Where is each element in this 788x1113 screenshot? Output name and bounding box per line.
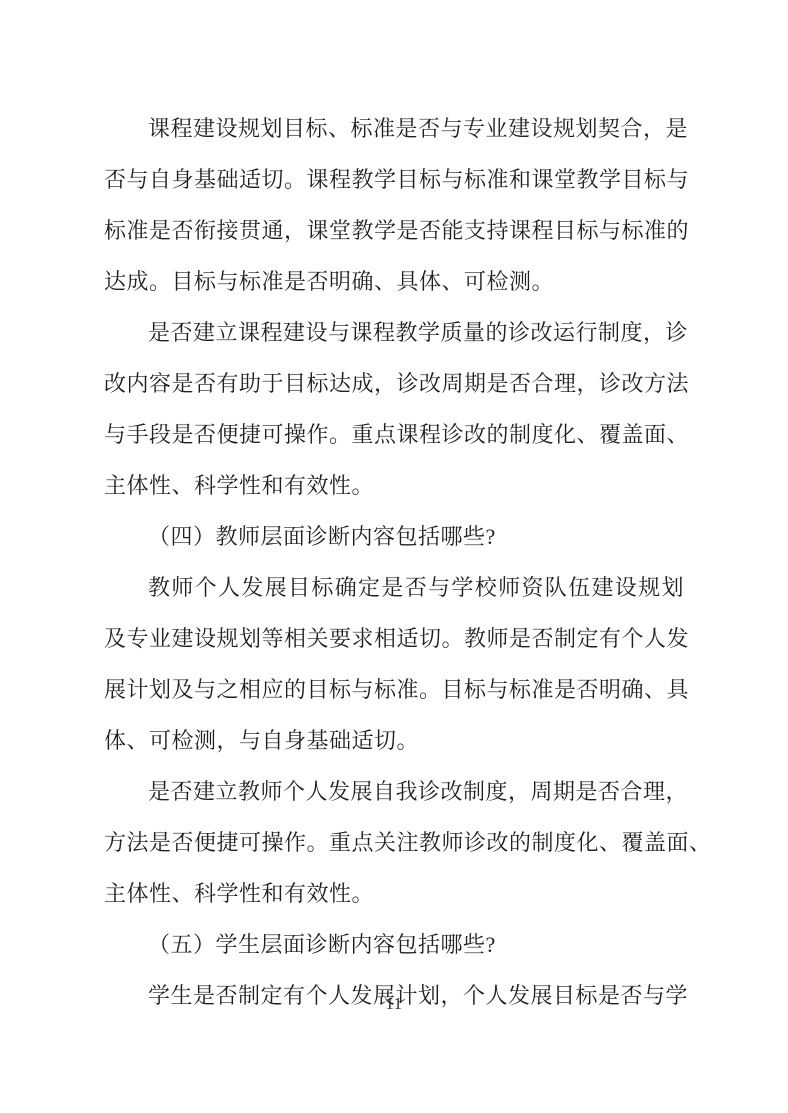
section-heading: （五）学生层面诊断内容包括哪些? bbox=[104, 919, 684, 970]
text-line: 是否建立教师个人发展自我诊改制度，周期是否合理， bbox=[104, 766, 684, 817]
page-number: 11 bbox=[0, 994, 788, 1014]
text-line: 课程建设规划目标、标准是否与专业建设规划契合，是 bbox=[104, 103, 684, 154]
text-line: 方法是否便捷可操作。重点关注教师诊改的制度化、覆盖面、 bbox=[104, 817, 684, 868]
section-heading: （四）教师层面诊断内容包括哪些? bbox=[104, 511, 684, 562]
text-line: 与手段是否便捷可操作。重点课程诊改的制度化、覆盖面、 bbox=[104, 409, 684, 460]
paragraph: 是否建立教师个人发展自我诊改制度，周期是否合理，方法是否便捷可操作。重点关注教师… bbox=[104, 766, 684, 919]
text-line: 标准是否衔接贯通，课堂教学是否能支持课程目标与标准的 bbox=[104, 205, 684, 256]
text-line: 主体性、科学性和有效性。 bbox=[104, 460, 684, 511]
text-line: 及专业建设规划等相关要求相适切。教师是否制定有个人发 bbox=[104, 613, 684, 664]
text-line: 否与自身基础适切。课程教学目标与标准和课堂教学目标与 bbox=[104, 154, 684, 205]
paragraph: 教师个人发展目标确定是否与学校师资队伍建设规划及专业建设规划等相关要求相适切。教… bbox=[104, 562, 684, 766]
page-body-text: 课程建设规划目标、标准是否与专业建设规划契合，是否与自身基础适切。课程教学目标与… bbox=[104, 103, 684, 1021]
paragraph: 是否建立课程建设与课程教学质量的诊改运行制度，诊改内容是否有助于目标达成，诊改周… bbox=[104, 307, 684, 511]
text-line: （五）学生层面诊断内容包括哪些? bbox=[104, 919, 684, 970]
text-line: 改内容是否有助于目标达成，诊改周期是否合理，诊改方法 bbox=[104, 358, 684, 409]
document-page: 课程建设规划目标、标准是否与专业建设规划契合，是否与自身基础适切。课程教学目标与… bbox=[0, 0, 788, 1113]
text-line: （四）教师层面诊断内容包括哪些? bbox=[104, 511, 684, 562]
text-line: 教师个人发展目标确定是否与学校师资队伍建设规划 bbox=[104, 562, 684, 613]
text-line: 是否建立课程建设与课程教学质量的诊改运行制度，诊 bbox=[104, 307, 684, 358]
text-line: 主体性、科学性和有效性。 bbox=[104, 868, 684, 919]
paragraph: 课程建设规划目标、标准是否与专业建设规划契合，是否与自身基础适切。课程教学目标与… bbox=[104, 103, 684, 307]
text-line: 达成。目标与标准是否明确、具体、可检测。 bbox=[104, 256, 684, 307]
text-line: 体、可检测，与自身基础适切。 bbox=[104, 715, 684, 766]
text-line: 展计划及与之相应的目标与标准。目标与标准是否明确、具 bbox=[104, 664, 684, 715]
